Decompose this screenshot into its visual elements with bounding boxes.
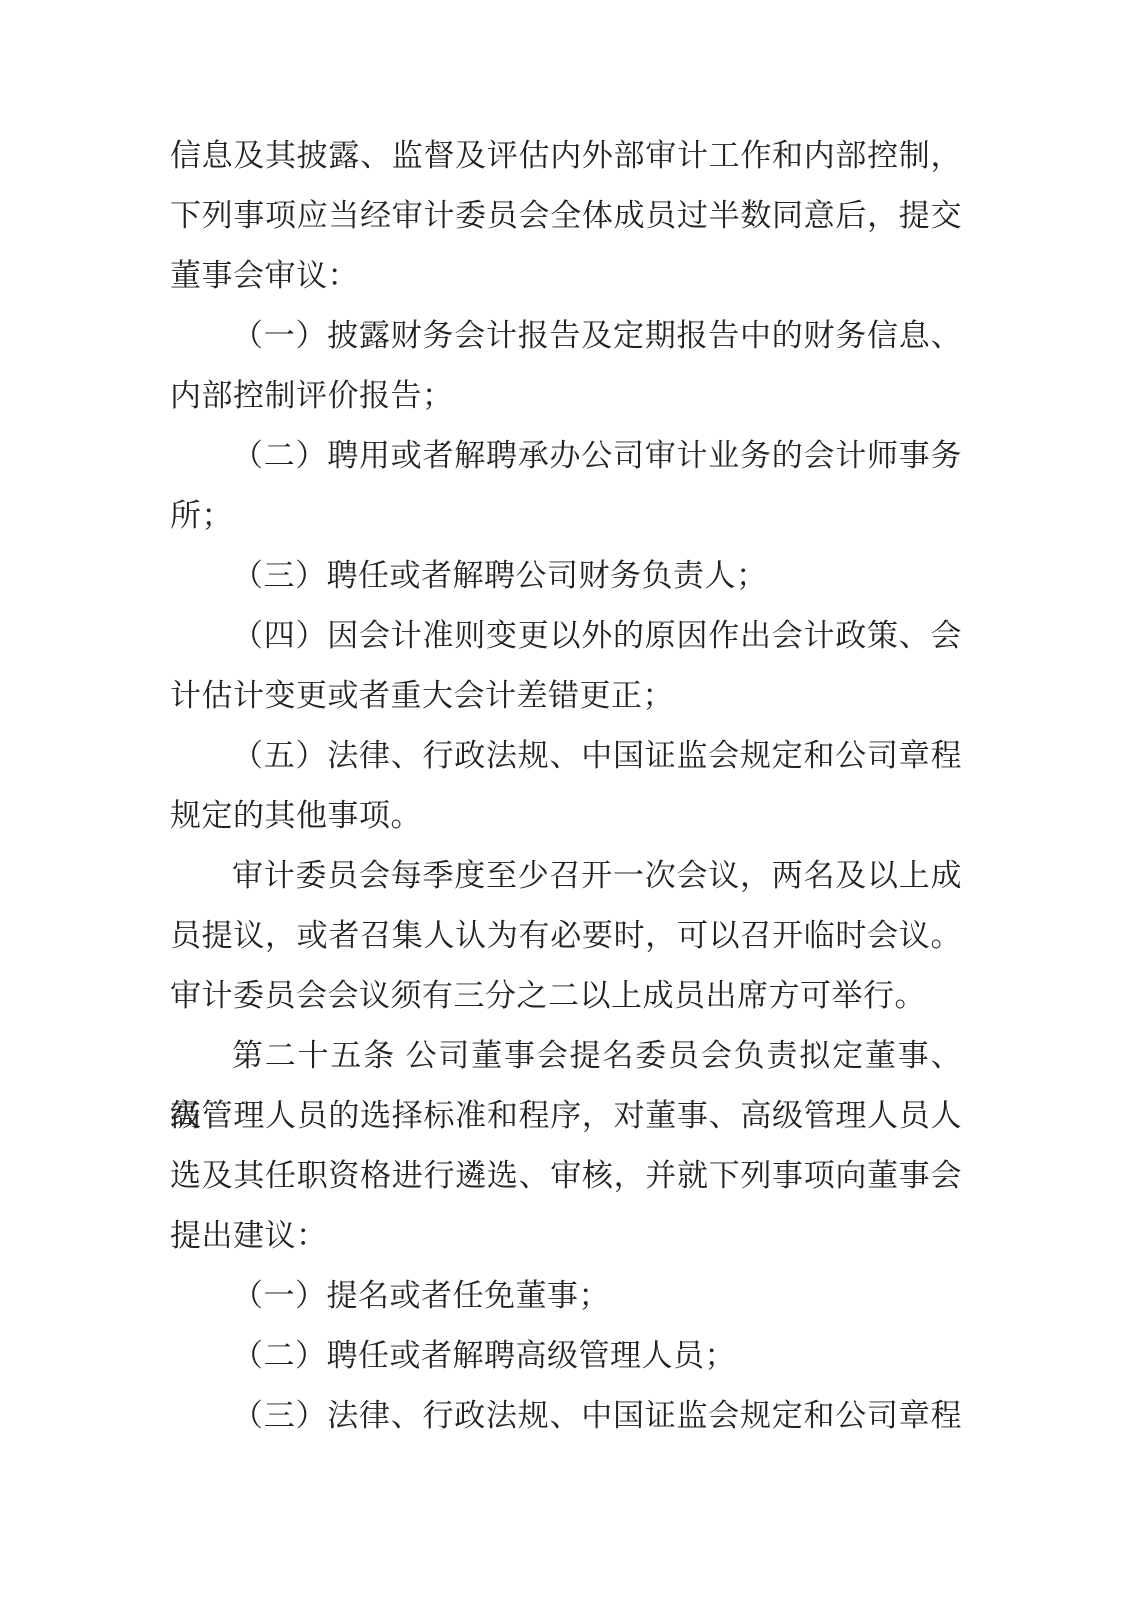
text-line: 选及其任职资格进行遴选、审核，并就下列事项向董事会 (170, 1146, 962, 1206)
text-line: 董事会审议： (170, 246, 962, 306)
text-line: （三）聘任或者解聘公司财务负责人； (170, 546, 962, 606)
text-line: 规定的其他事项。 (170, 786, 962, 846)
text-line: （四）因会计准则变更以外的原因作出会计政策、会 (170, 606, 962, 666)
paragraph: （四）因会计准则变更以外的原因作出会计政策、会计估计变更或者重大会计差错更正； (170, 606, 962, 726)
document-body: 信息及其披露、监督及评估内外部审计工作和内部控制，下列事项应当经审计委员会全体成… (170, 126, 962, 1446)
paragraph: （五）法律、行政法规、中国证监会规定和公司章程规定的其他事项。 (170, 726, 962, 846)
document-page: 信息及其披露、监督及评估内外部审计工作和内部控制，下列事项应当经审计委员会全体成… (0, 0, 1131, 1600)
paragraph: 审计委员会每季度至少召开一次会议，两名及以上成员提议，或者召集人认为有必要时，可… (170, 846, 962, 1026)
paragraph: （一）披露财务会计报告及定期报告中的财务信息、内部控制评价报告； (170, 306, 962, 426)
text-line: 信息及其披露、监督及评估内外部审计工作和内部控制， (170, 126, 962, 186)
text-line: 所； (170, 486, 962, 546)
text-line: （二）聘任或者解聘高级管理人员； (170, 1326, 962, 1386)
text-line: （五）法律、行政法规、中国证监会规定和公司章程 (170, 726, 962, 786)
text-line: 计估计变更或者重大会计差错更正； (170, 666, 962, 726)
text-line: （三）法律、行政法规、中国证监会规定和公司章程 (170, 1386, 962, 1446)
text-line: 审计委员会每季度至少召开一次会议，两名及以上成 (170, 846, 962, 906)
text-line: 员提议，或者召集人认为有必要时，可以召开临时会议。 (170, 906, 962, 966)
paragraph: 第二十五条 公司董事会提名委员会负责拟定董事、高级管理人员的选择标准和程序，对董… (170, 1026, 962, 1266)
text-line: 提出建议： (170, 1206, 962, 1266)
text-line: 审计委员会会议须有三分之二以上成员出席方可举行。 (170, 966, 962, 1026)
paragraph: （一）提名或者任免董事； (170, 1266, 962, 1326)
paragraph: （三）聘任或者解聘公司财务负责人； (170, 546, 962, 606)
paragraph: 信息及其披露、监督及评估内外部审计工作和内部控制，下列事项应当经审计委员会全体成… (170, 126, 962, 306)
paragraph: （三）法律、行政法规、中国证监会规定和公司章程 (170, 1386, 962, 1446)
text-line: （一）披露财务会计报告及定期报告中的财务信息、 (170, 306, 962, 366)
text-line: 级管理人员的选择标准和程序，对董事、高级管理人员人 (170, 1086, 962, 1146)
paragraph: （二）聘用或者解聘承办公司审计业务的会计师事务所； (170, 426, 962, 546)
text-line: 下列事项应当经审计委员会全体成员过半数同意后，提交 (170, 186, 962, 246)
text-line: （一）提名或者任免董事； (170, 1266, 962, 1326)
text-line: 内部控制评价报告； (170, 366, 962, 426)
text-line: 第二十五条 公司董事会提名委员会负责拟定董事、高 (170, 1026, 962, 1086)
text-line: （二）聘用或者解聘承办公司审计业务的会计师事务 (170, 426, 962, 486)
paragraph: （二）聘任或者解聘高级管理人员； (170, 1326, 962, 1386)
